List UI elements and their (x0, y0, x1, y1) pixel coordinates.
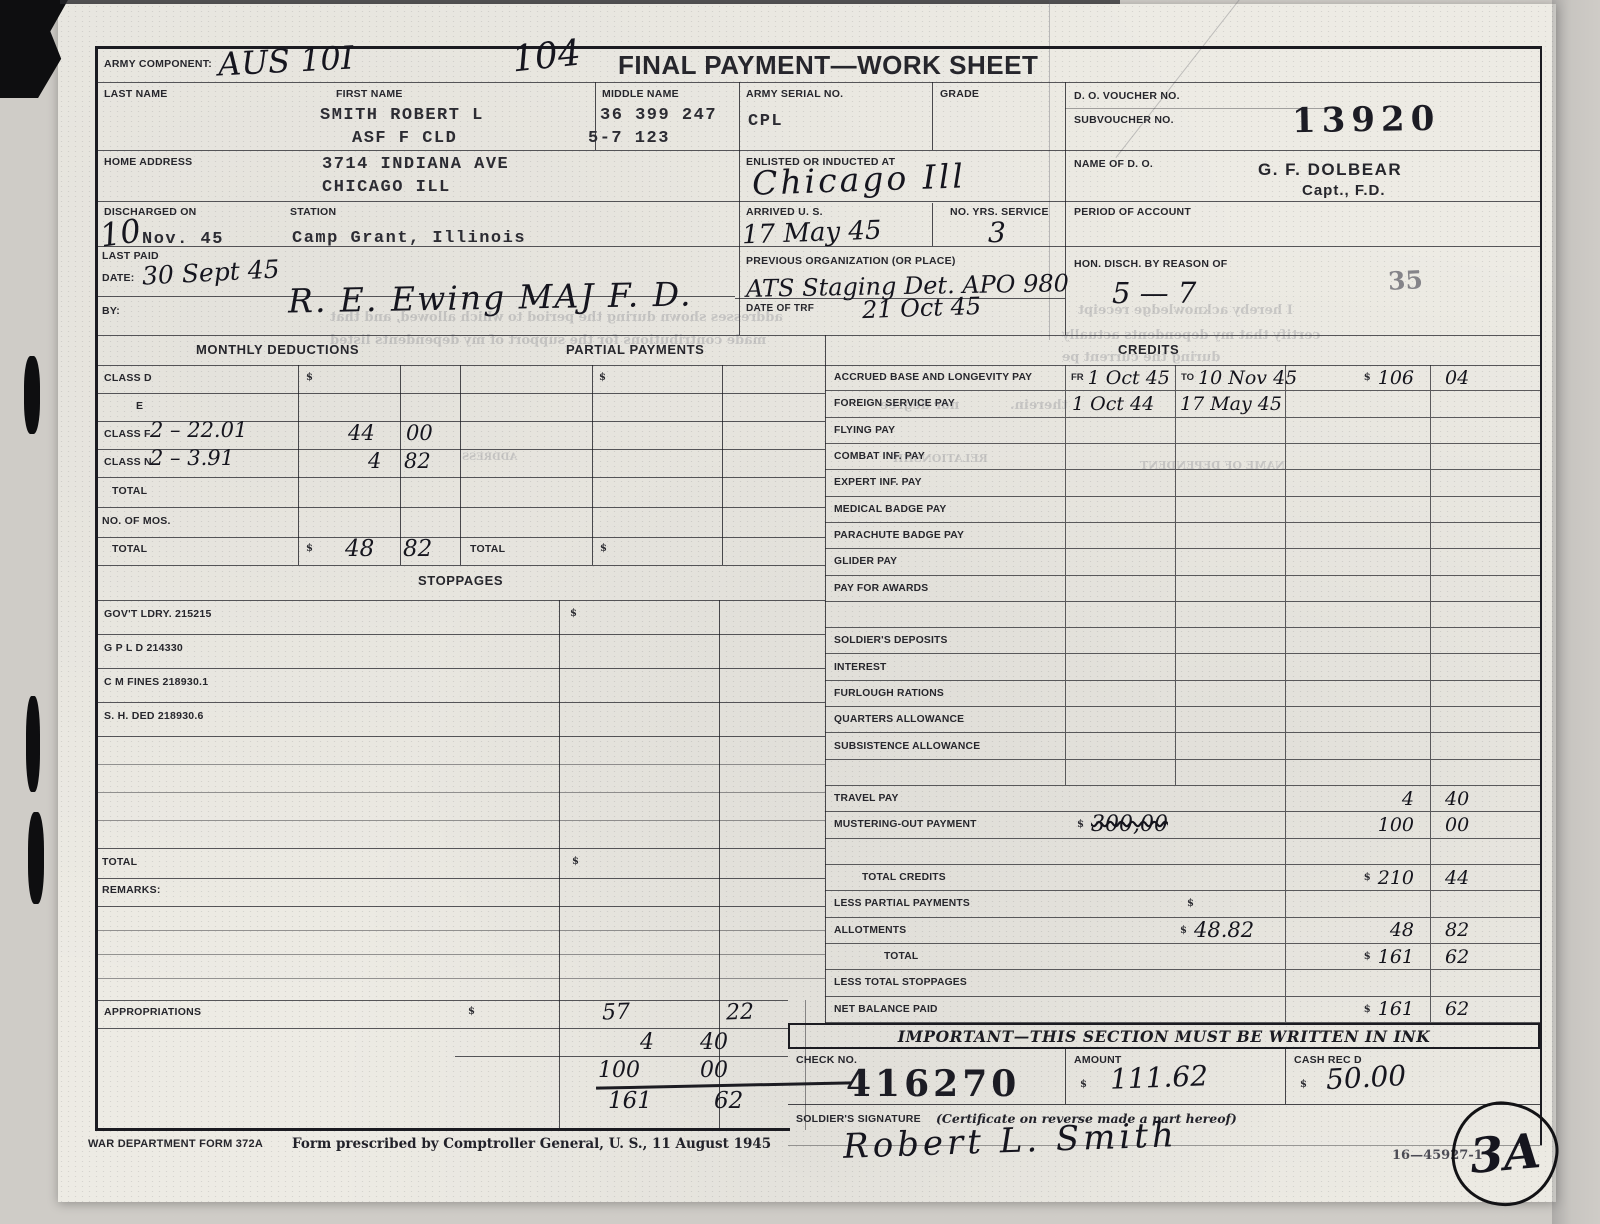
subvoucher-label: SUBVOUCHER NO. (1074, 114, 1174, 126)
bleedthrough-text: during the current pe (1062, 350, 1220, 365)
cell (1065, 944, 1175, 969)
cell (1065, 654, 1175, 679)
bleedthrough-text: made contributions for the support of my… (330, 333, 766, 348)
discharged-typed: Nov. 45 (142, 230, 224, 249)
class-f-handwriting: 2 – 22.01 (150, 418, 247, 442)
dollar-sign: $ (599, 372, 606, 383)
form-id-footer: WAR DEPARTMENT FORM 372A (88, 1138, 263, 1150)
cell (1065, 997, 1175, 1022)
cell: SUBSISTENCE ALLOWANCE (825, 733, 1065, 758)
line (95, 1028, 788, 1029)
cell (1285, 707, 1430, 732)
bleedthrough-text: therein. (1010, 398, 1068, 413)
amount-handwriting: 210 (1378, 867, 1414, 889)
mid-entry: $300,00 (1077, 812, 1168, 837)
credit-label: SUBSISTENCE ALLOWANCE (834, 741, 980, 752)
cell (1430, 576, 1540, 601)
cell: LESS PARTIAL PAYMENTS (825, 891, 1065, 916)
allotment-handwriting: 48.82 (1194, 918, 1254, 942)
cell: TOTAL CREDITS (825, 865, 1065, 890)
remarks-label: REMARKS: (102, 884, 161, 896)
line (95, 82, 1540, 83)
grade-typed: CPL (748, 112, 783, 131)
line (95, 848, 825, 849)
table-row: ACCRUED BASE AND LONGEVITY PAYFR1 Oct 45… (825, 365, 1540, 391)
cell: TO10 Nov 45 (1175, 365, 1285, 390)
period-account-label: PERIOD OF ACCOUNT (1074, 206, 1191, 218)
cents-handwriting: 62 (1445, 998, 1469, 1020)
line (95, 565, 825, 566)
cell (1430, 497, 1540, 522)
cell (1065, 418, 1175, 443)
credit-label: ACCRUED BASE AND LONGEVITY PAY (834, 372, 1032, 383)
table-row (825, 839, 1540, 865)
cell: ACCRUED BASE AND LONGEVITY PAY (825, 365, 1065, 390)
amount-handwriting: 48 (1390, 919, 1414, 941)
credit-label: EXPERT INF. PAY (834, 477, 922, 488)
table-row: MUSTERING-OUT PAYMENT10000$300,00 (825, 812, 1540, 838)
appropriation-amount: 57 (602, 1000, 631, 1026)
line (932, 82, 933, 150)
scan-right-shadow (1552, 0, 1600, 1224)
dollar-sign: $ (306, 543, 313, 554)
cell: NET BALANCE PAID (825, 997, 1065, 1022)
cell: $161 (1285, 944, 1430, 969)
dollar-sign: $ (570, 608, 577, 619)
cell (1285, 602, 1430, 627)
appropriation-amount: 40 (700, 1030, 728, 1055)
appropriation-amount: 00 (700, 1058, 728, 1083)
cents-handwriting: 00 (1445, 814, 1469, 836)
home-address-line1: 3714 INDIANA AVE (322, 155, 509, 174)
army-component-handwriting: AUS 10I (217, 38, 354, 83)
line (460, 365, 461, 565)
cell: MUSTERING-OUT PAYMENT (825, 812, 1065, 837)
line (95, 820, 825, 821)
mid-entry: $48.82 (1180, 918, 1254, 943)
cell (1175, 997, 1285, 1022)
cell (1065, 497, 1175, 522)
cell (1430, 760, 1540, 785)
cell (1285, 444, 1430, 469)
serial-typed-line1: 36 399 247 (600, 106, 717, 125)
cell (1175, 707, 1285, 732)
cell (1285, 576, 1430, 601)
credit-label: ALLOTMENTS (834, 925, 906, 936)
army-component-label: ARMY COMPONENT: (104, 58, 212, 70)
last-name-label: LAST NAME (104, 88, 168, 100)
appropriation-amount: 4 (640, 1030, 654, 1055)
cell (1175, 576, 1285, 601)
line (739, 82, 740, 335)
cell (1430, 681, 1540, 706)
signature-row: SOLDIER'S SIGNATURE (Certificate on reve… (788, 1105, 1540, 1145)
cell (1430, 891, 1540, 916)
cell (1175, 549, 1285, 574)
cell (1285, 391, 1430, 416)
fr-label: FR (1071, 372, 1084, 383)
amount-handwriting: 161 (1378, 946, 1414, 968)
line (95, 600, 825, 601)
bleedthrough-text: NAME OF DEPENDENT (1140, 459, 1285, 472)
home-address-line2: CHICAGO ILL (322, 178, 451, 197)
cell (1175, 602, 1285, 627)
cell (1430, 549, 1540, 574)
cell (1175, 970, 1285, 995)
bleedthrough-text: ADDRESS (462, 452, 517, 463)
credit-label: GLIDER PAY (834, 556, 897, 567)
amount-handwriting: 4 (1402, 788, 1414, 810)
table-row: TOTAL$16162 (825, 944, 1540, 970)
cell (1285, 733, 1430, 758)
voucher-label: D. O. VOUCHER NO. (1074, 90, 1180, 102)
cell (1175, 628, 1285, 653)
cell (1430, 733, 1540, 758)
crossed-out-amount: 300,00 (1091, 812, 1168, 837)
date-handwriting: 17 May 45 (1180, 393, 1282, 415)
cell (1175, 523, 1285, 548)
cents-handwriting: 44 (1445, 867, 1469, 889)
arrived-handwriting: 17 May 45 (742, 216, 882, 251)
deductions-grand-total-label: TOTAL (112, 543, 147, 555)
scan-edge-blob (26, 696, 40, 792)
cell (1175, 654, 1285, 679)
home-address-label: HOME ADDRESS (104, 156, 192, 168)
table-row: SOLDIER'S DEPOSITS (825, 628, 1540, 654)
cell: 4 (1285, 786, 1430, 811)
cell (1065, 918, 1175, 943)
dollar-sign: $ (1080, 1079, 1087, 1090)
page-number-handwriting: 104 (510, 33, 583, 81)
prev-org-label: PREVIOUS ORGANIZATION (OR PLACE) (746, 255, 956, 267)
cents-handwriting: 40 (1445, 788, 1469, 810)
serial-label: ARMY SERIAL NO. (746, 88, 843, 100)
cell: TOTAL (825, 944, 1065, 969)
class-f-label: CLASS F (104, 428, 151, 440)
scanned-document: ARMY COMPONENT: AUS 10I 104 FINAL PAYMEN… (0, 0, 1600, 1224)
cell: 48 (1285, 918, 1430, 943)
table-row: GLIDER PAY (825, 549, 1540, 575)
table-row: MEDICAL BADGE PAY (825, 497, 1540, 523)
bleedthrough-text: nor degree (880, 398, 959, 413)
voucher-number-stamp: 13920 (1292, 99, 1441, 142)
cell (1065, 549, 1175, 574)
date-handwriting: 10 Nov 45 (1198, 367, 1297, 389)
cell (1175, 760, 1285, 785)
cell (1065, 786, 1175, 811)
table-row: FLYING PAY (825, 418, 1540, 444)
cell: TRAVEL PAY (825, 786, 1065, 811)
table-row: PARACHUTE BADGE PAY (825, 523, 1540, 549)
cell (1285, 760, 1430, 785)
no-of-mos-label: NO. OF MOS. (102, 515, 171, 527)
credit-label: PAY FOR AWARDS (834, 583, 928, 594)
table-row (825, 760, 1540, 786)
station-typed: Camp Grant, Illinois (292, 229, 526, 248)
form-title: FINAL PAYMENT—WORK SHEET (618, 50, 1038, 81)
line (95, 201, 1540, 202)
dollar-sign: $ (306, 372, 313, 383)
cell (1175, 839, 1285, 864)
check-number-stamp: 416270 (846, 1063, 1020, 1105)
cell (1175, 812, 1285, 837)
cents-handwriting: 04 (1445, 367, 1469, 389)
date-handwriting: 1 Oct 44 (1072, 393, 1154, 415)
credit-label: INTEREST (834, 662, 887, 673)
table-row: PAY FOR AWARDS (825, 576, 1540, 602)
cell (1430, 707, 1540, 732)
line (95, 930, 825, 931)
dollar-sign: $ (1180, 925, 1187, 936)
form-border-left (95, 46, 98, 1130)
cell: GLIDER PAY (825, 549, 1065, 574)
line (95, 702, 825, 703)
yrs-service-handwriting: 3 (988, 216, 1006, 249)
stoppage-row-label: S. H. DED 218930.6 (104, 710, 204, 722)
cell: FR1 Oct 45 (1065, 365, 1175, 390)
table-row: ALLOTMENTS4882$48.82 (825, 918, 1540, 944)
cell: 00 (1430, 812, 1540, 837)
cell: QUARTERS ALLOWANCE (825, 707, 1065, 732)
cell (1285, 891, 1430, 916)
form-border-bottom (95, 1128, 790, 1131)
station-label: STATION (290, 206, 336, 218)
table-row: INTEREST (825, 654, 1540, 680)
table-row: LESS TOTAL STOPPAGES (825, 970, 1540, 996)
discharged-day-handwriting: 10 (98, 211, 144, 254)
cell (1065, 865, 1175, 890)
cell (1285, 681, 1430, 706)
credit-label: LESS TOTAL STOPPAGES (834, 977, 967, 988)
name-typed-line1: SMITH ROBERT L (320, 106, 484, 125)
amount-handwriting: 161 (1378, 998, 1414, 1020)
class-n-cents: 82 (404, 449, 431, 473)
appropriation-amount: 161 (608, 1088, 652, 1114)
mid-entry: $ (1187, 891, 1201, 916)
partial-total-label: TOTAL (470, 543, 505, 555)
cell: INTEREST (825, 654, 1065, 679)
check-row: CHECK NO. 416270 AMOUNT $ 111.62 CASH RE… (788, 1049, 1540, 1105)
credit-label: QUARTERS ALLOWANCE (834, 714, 964, 725)
stoppage-row-label: GOV'T LDRY. 215215 (104, 608, 212, 620)
date-trf-handwriting: 21 Oct 45 (862, 292, 982, 324)
table-row: TOTAL CREDITS$21044 (825, 865, 1540, 891)
cell: ALLOTMENTS (825, 918, 1065, 943)
appropriations-label: APPROPRIATIONS (104, 1006, 201, 1018)
cell: MEDICAL BADGE PAY (825, 497, 1065, 522)
to-label: TO (1181, 372, 1194, 383)
line (455, 1056, 788, 1057)
cell (825, 839, 1065, 864)
amount-cell: AMOUNT $ 111.62 (1065, 1049, 1285, 1104)
table-row: NET BALANCE PAID$16162 (825, 997, 1540, 1023)
class-n-label: CLASS N (104, 456, 152, 468)
stoppage-row-label: G P L D 214330 (104, 642, 183, 654)
do-rank-value: Capt., F.D. (1302, 182, 1386, 199)
serial-typed-line2: 5-7 123 (588, 129, 670, 148)
cell: 82 (1430, 918, 1540, 943)
credit-label: MEDICAL BADGE PAY (834, 504, 947, 515)
cell (1065, 681, 1175, 706)
line (95, 736, 825, 737)
cell (1430, 470, 1540, 495)
line (932, 203, 933, 246)
table-row: TRAVEL PAY440 (825, 786, 1540, 812)
cell: FURLOUGH RATIONS (825, 681, 1065, 706)
cell (1065, 628, 1175, 653)
line (95, 764, 825, 765)
scan-top-line (60, 0, 1120, 4)
cell (1065, 602, 1175, 627)
credit-label: TRAVEL PAY (834, 793, 899, 804)
cell (1285, 418, 1430, 443)
cell (1065, 760, 1175, 785)
class-d-label: CLASS D (104, 372, 152, 384)
section-stoppages: STOPPAGES (418, 573, 503, 588)
cell (1175, 497, 1285, 522)
credit-label: MUSTERING-OUT PAYMENT (834, 819, 977, 830)
date-label: DATE: (102, 272, 135, 284)
cell (825, 760, 1065, 785)
cell (825, 602, 1065, 627)
cell (1065, 576, 1175, 601)
do-name-label: NAME OF D. O. (1074, 158, 1153, 170)
cell (1285, 523, 1430, 548)
cell (1175, 733, 1285, 758)
cell (1285, 970, 1430, 995)
credit-label: LESS PARTIAL PAYMENTS (834, 898, 970, 909)
line (95, 906, 825, 907)
credit-label: TOTAL CREDITS (834, 872, 946, 883)
amount-handwriting: 100 (1378, 814, 1414, 836)
table-row: LESS PARTIAL PAYMENTS$ (825, 891, 1540, 917)
table-row: SUBSISTENCE ALLOWANCE (825, 733, 1540, 759)
scan-edge-blob (24, 356, 40, 434)
dollar-sign: $ (1077, 819, 1084, 830)
cell (1430, 839, 1540, 864)
amount-handwriting: 111.62 (1109, 1059, 1208, 1095)
prescribed-footer: Form prescribed by Comptroller General, … (292, 1136, 771, 1152)
credit-label: FLYING PAY (834, 425, 895, 436)
line (559, 600, 560, 1130)
cell: $210 (1285, 865, 1430, 890)
cell (1285, 497, 1430, 522)
do-name-value: G. F. DOLBEAR (1258, 160, 1402, 180)
cell (1430, 523, 1540, 548)
dollar-sign: $ (600, 543, 607, 554)
total-cents-handwriting: 82 (403, 536, 432, 562)
credit-label: SOLDIER'S DEPOSITS (834, 635, 948, 646)
line (95, 1000, 788, 1001)
cell (1430, 391, 1540, 416)
cell (1285, 839, 1430, 864)
grade-label: GRADE (940, 88, 979, 100)
table-row: FURLOUGH RATIONS (825, 681, 1540, 707)
left-total-label: TOTAL (102, 856, 137, 868)
deductions-total-label: TOTAL (112, 485, 147, 497)
class-n-dollars: 4 (368, 449, 381, 473)
cell: 1 Oct 44 (1065, 391, 1175, 416)
check-no-cell: CHECK NO. 416270 (788, 1049, 1065, 1104)
credit-label: PARACHUTE BADGE PAY (834, 530, 964, 541)
ink-banner-text: IMPORTANT—THIS SECTION MUST BE WRITTEN I… (898, 1027, 1431, 1046)
total-dollars-handwriting: 48 (345, 536, 374, 562)
line (95, 792, 825, 793)
by-label: BY: (102, 305, 120, 317)
table-row: EXPERT INF. PAY (825, 470, 1540, 496)
cell (1285, 549, 1430, 574)
bleedthrough-text: addresses shown during the period to whi… (330, 310, 783, 325)
line (95, 150, 1540, 151)
name-typed-line2: ASF F CLD (352, 129, 457, 148)
signature-label: SOLDIER'S SIGNATURE (796, 1113, 921, 1125)
cell (1065, 733, 1175, 758)
dollar-sign: $ (1364, 872, 1371, 883)
cell: FLYING PAY (825, 418, 1065, 443)
class-n-handwriting: 2 – 3.91 (150, 446, 234, 470)
cell: 17 May 45 (1175, 391, 1285, 416)
cell: PARACHUTE BADGE PAY (825, 523, 1065, 548)
form-border-right (1540, 46, 1542, 1145)
credit-label: NET BALANCE PAID (834, 1004, 938, 1015)
line (95, 668, 825, 669)
bleedthrough-text: I hereby acknowledge receipt (1078, 303, 1293, 318)
cell (1175, 865, 1285, 890)
cell (1175, 470, 1285, 495)
dollar-sign: $ (1364, 1004, 1371, 1015)
hon-disch-label: HON. DISCH. BY REASON OF (1074, 258, 1227, 270)
corner-mark-3a: 3A (1467, 1123, 1542, 1185)
bleedthrough-text: RELATIONSHIP (890, 452, 988, 465)
cash-cell: CASH REC D $ 50.00 (1285, 1049, 1540, 1104)
cell: $161 (1285, 997, 1430, 1022)
scan-edge-blob (28, 812, 44, 904)
cell (1430, 970, 1540, 995)
cell (1065, 523, 1175, 548)
cell: 04 (1430, 365, 1540, 390)
cell: 62 (1430, 997, 1540, 1022)
line (95, 335, 1540, 336)
dollar-sign: $ (1364, 951, 1371, 962)
line (592, 365, 593, 565)
cell (1430, 418, 1540, 443)
cell (1065, 891, 1175, 916)
cell: $106 (1285, 365, 1430, 390)
stamp-35: 35 (1387, 265, 1423, 296)
line (95, 634, 825, 635)
line (400, 365, 401, 565)
table-row (825, 602, 1540, 628)
cell (1430, 444, 1540, 469)
class-f-cents: 00 (406, 421, 433, 445)
cell: 62 (1430, 944, 1540, 969)
table-row: QUARTERS ALLOWANCE (825, 707, 1540, 733)
dollar-sign: $ (1364, 372, 1371, 383)
cell (1175, 418, 1285, 443)
cents-handwriting: 62 (1445, 946, 1469, 968)
cell: 40 (1430, 786, 1540, 811)
ink-banner: IMPORTANT—THIS SECTION MUST BE WRITTEN I… (788, 1023, 1540, 1049)
arrived-label: ARRIVED U. S. (746, 206, 823, 218)
cash-handwriting: 50.00 (1325, 1059, 1407, 1096)
cell: LESS TOTAL STOPPAGES (825, 970, 1065, 995)
cell (1430, 602, 1540, 627)
cell (1430, 628, 1540, 653)
dollar-sign: $ (468, 1006, 475, 1017)
line (95, 978, 825, 979)
line (95, 954, 825, 955)
cell (1175, 681, 1285, 706)
